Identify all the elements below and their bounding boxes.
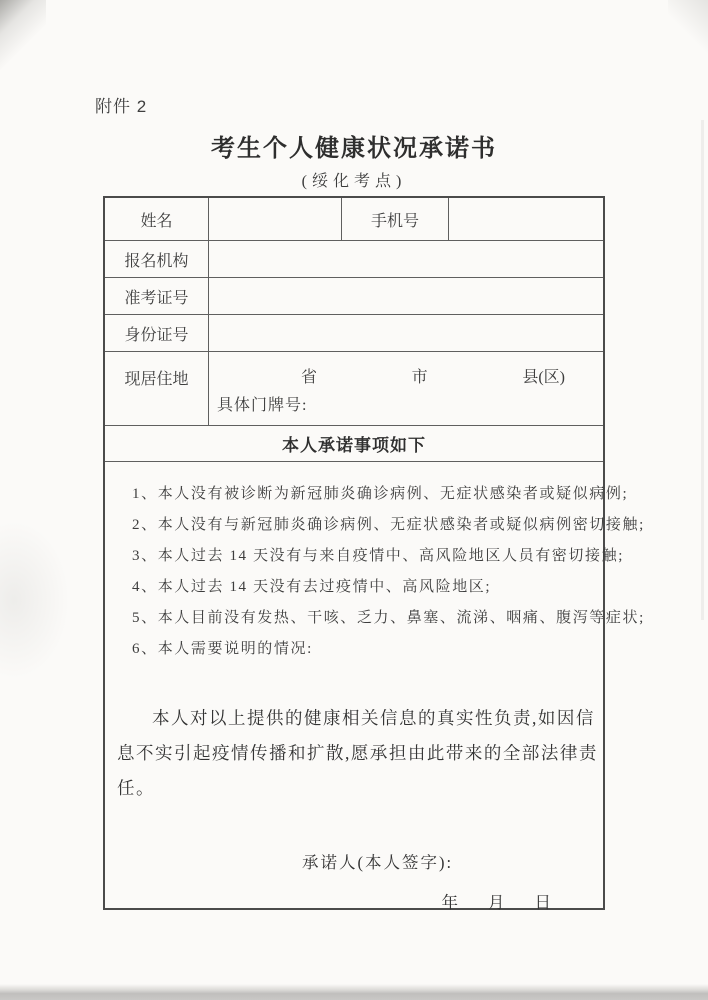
commitment-item: 3、本人过去 14 天没有与来自疫情中、高风险地区人员有密切接触; — [132, 541, 595, 572]
phone-value-cell — [449, 198, 603, 240]
registration-org-label: 报名机构 — [105, 241, 209, 277]
signature-label: 承诺人(本人签字): — [105, 849, 603, 873]
id-number-row: 身份证号 — [105, 315, 603, 352]
residence-address-label: 具体门牌号: — [209, 392, 603, 415]
residence-province-label: 省 — [301, 364, 317, 387]
residence-value-cell: 省 市 县(区) 具体门牌号: — [209, 352, 603, 425]
commitment-item: 2、本人没有与新冠肺炎确诊病例、无症状感染者或疑似病例密切接触; — [132, 510, 595, 541]
phone-label: 手机号 — [342, 198, 449, 240]
year-label: 年 — [442, 889, 459, 913]
name-phone-row: 姓名 手机号 — [105, 198, 603, 241]
residence-county-label: 县(区) — [522, 364, 565, 387]
scanned-document-page: 附件 2 考生个人健康状况承诺书 (绥化考点) 姓名 手机号 报名机构 准考证号… — [0, 0, 708, 1000]
id-number-value-cell — [209, 315, 603, 351]
commitment-item: 4、本人过去 14 天没有去过疫情中、高风险地区; — [132, 572, 595, 603]
residence-label: 现居住地 — [105, 352, 209, 425]
scan-smudge-top-right — [668, 0, 708, 60]
commitment-items-list: 1、本人没有被诊断为新冠肺炎确诊病例、无症状感染者或疑似病例; 2、本人没有与新… — [105, 462, 603, 665]
date-line: 年月日 — [105, 889, 603, 913]
attachment-label: 附件 2 — [95, 92, 147, 117]
commitment-item: 1、本人没有被诊断为新冠肺炎确诊病例、无症状感染者或疑似病例; — [132, 479, 595, 510]
health-form-table: 姓名 手机号 报名机构 准考证号 身份证号 现居住地 省 市 县(区) — [103, 196, 605, 910]
month-label: 月 — [488, 889, 505, 913]
commitment-header: 本人承诺事项如下 — [282, 431, 426, 456]
commitment-header-row: 本人承诺事项如下 — [105, 426, 603, 462]
residence-region-line: 省 市 县(区) — [209, 364, 603, 387]
registration-org-row: 报名机构 — [105, 241, 603, 278]
scan-shadow-bottom — [0, 984, 708, 1000]
admission-ticket-label: 准考证号 — [105, 278, 209, 314]
id-number-label: 身份证号 — [105, 315, 209, 351]
declaration-line: 息不实引起疫情传播和扩散,愿承担由此带来的全部法律责 — [117, 736, 593, 771]
name-label: 姓名 — [105, 198, 209, 240]
declaration-paragraph: 本人对以上提供的健康相关信息的真实性负责,如因信 息不实引起疫情传播和扩散,愿承… — [105, 701, 603, 806]
declaration-line: 本人对以上提供的健康相关信息的真实性负责,如因信 — [117, 701, 593, 736]
residence-city-label: 市 — [412, 364, 428, 387]
page-title: 考生个人健康状况承诺书 — [0, 128, 708, 163]
commitment-content-cell: 1、本人没有被诊断为新冠肺炎确诊病例、无症状感染者或疑似病例; 2、本人没有与新… — [105, 462, 603, 911]
scan-smudge-top-left — [0, 0, 46, 70]
name-value-cell — [209, 198, 342, 240]
declaration-line: 任。 — [117, 771, 593, 806]
page-subtitle: (绥化考点) — [0, 168, 708, 191]
day-label: 日 — [535, 889, 552, 913]
commitment-item: 6、本人需要说明的情况: — [132, 634, 595, 665]
admission-ticket-row: 准考证号 — [105, 278, 603, 315]
registration-org-value-cell — [209, 241, 603, 277]
scan-smudge-left — [0, 520, 70, 680]
residence-row: 现居住地 省 市 县(区) 具体门牌号: — [105, 352, 603, 426]
admission-ticket-value-cell — [209, 278, 603, 314]
scan-streak-right — [701, 120, 704, 620]
commitment-item: 5、本人目前没有发热、干咳、乏力、鼻塞、流涕、咽痛、腹泻等症状; — [132, 603, 595, 634]
